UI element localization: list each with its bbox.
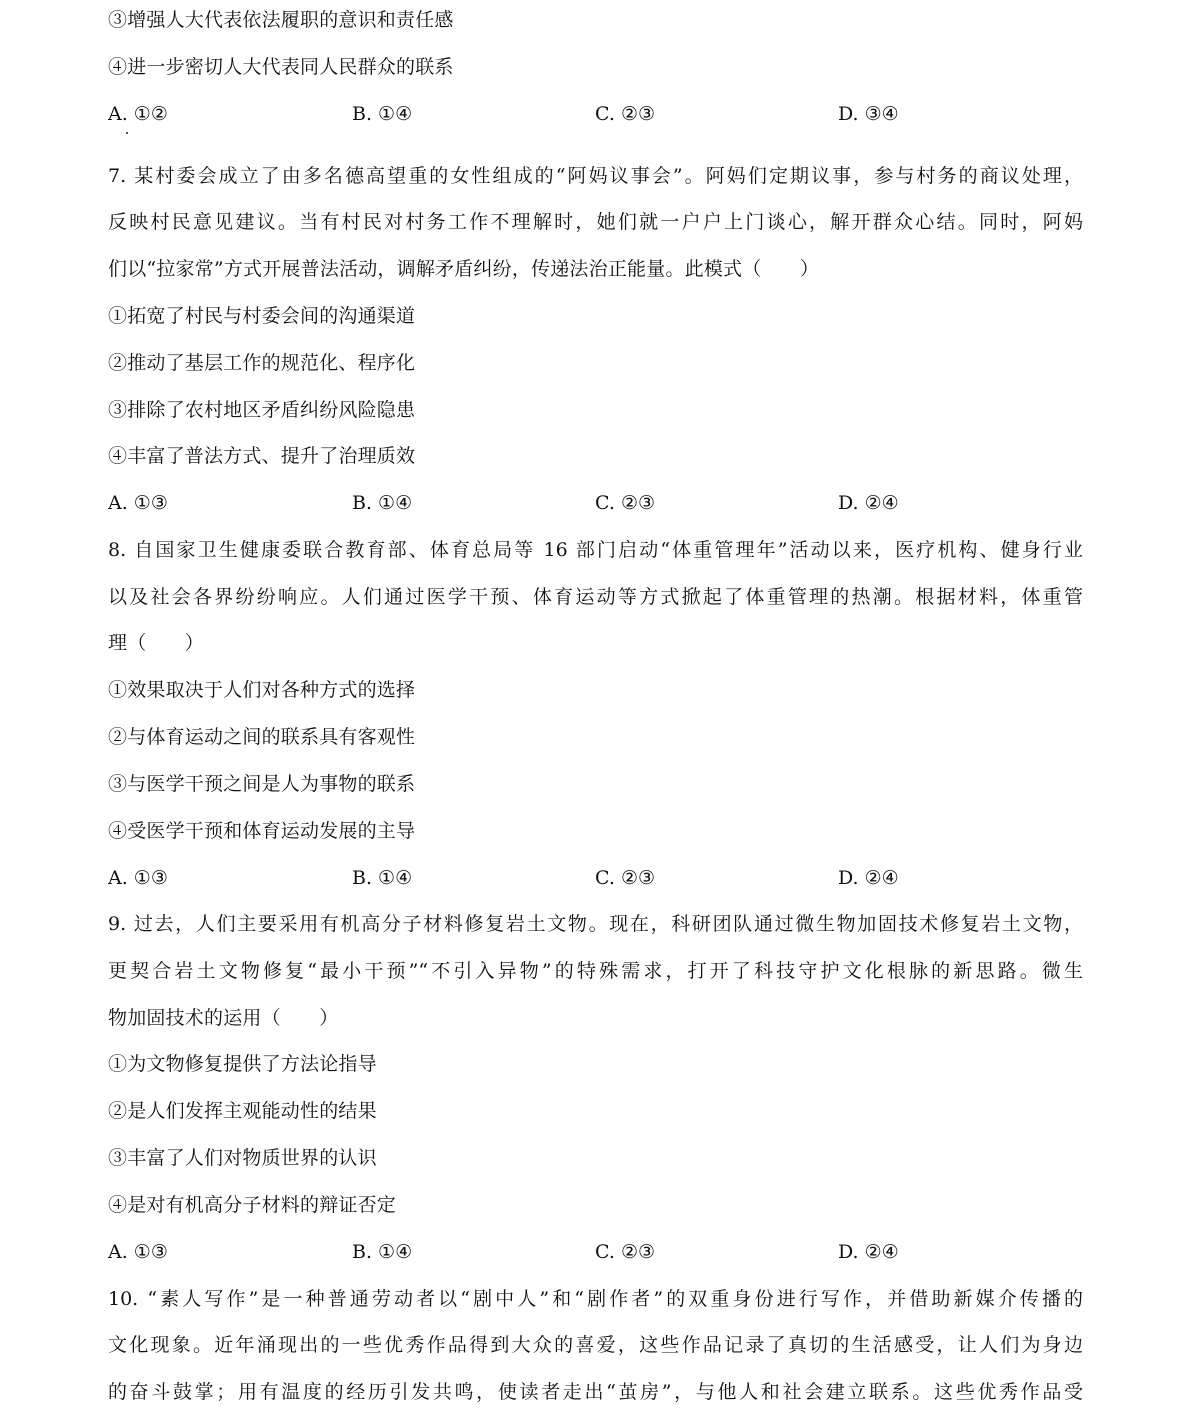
q9-option-c[interactable]: C. ②③	[595, 1240, 655, 1264]
q7-stem-line-1: 7. 某村委会成立了由多名德高望重的女性组成的“阿妈议事会”。阿妈们定期议事，参…	[108, 164, 1083, 188]
q6-option-c[interactable]: C. ②③	[595, 102, 655, 126]
stray-dot-mark	[126, 132, 128, 134]
q9-stem-line-1: 9. 过去，人们主要采用有机高分子材料修复岩土文物。现在，科研团队通过微生物加固…	[108, 912, 1083, 936]
q6-statement-3: ③增强人大代表依法履职的意识和责任感	[108, 8, 454, 32]
q6-option-a[interactable]: A. ①②	[108, 102, 168, 126]
q9-option-d[interactable]: D. ②④	[838, 1240, 899, 1264]
q7-option-c[interactable]: C. ②③	[595, 491, 655, 515]
q7-statement-2: ②推动了基层工作的规范化、程序化	[108, 351, 415, 375]
q7-stem-line-2: 反映村民意见建议。当有村民对村务工作不理解时，她们就一户户上门谈心，解开群众心结…	[108, 210, 1083, 234]
q9-option-a[interactable]: A. ①③	[108, 1240, 168, 1264]
q7-stem-line-3: 们以“拉家常”方式开展普法活动，调解矛盾纠纷，传递法治正能量。此模式（ ）	[108, 257, 819, 281]
q8-statement-1: ①效果取决于人们对各种方式的选择	[108, 678, 415, 702]
q7-statement-1: ①拓宽了村民与村委会间的沟通渠道	[108, 304, 415, 328]
q8-stem-line-3: 理（ ）	[108, 631, 204, 655]
q8-statement-2: ②与体育运动之间的联系具有客观性	[108, 725, 415, 749]
q8-stem-line-1: 8. 自国家卫生健康委联合教育部、体育总局等 16 部门启动“体重管理年”活动以…	[108, 538, 1083, 562]
q8-option-a[interactable]: A. ①③	[108, 866, 168, 890]
q10-stem-line-2: 文化现象。近年涌现出的一些优秀作品得到大众的喜爱，这些作品记录了真切的生活感受，…	[108, 1333, 1083, 1357]
q7-statement-3: ③排除了农村地区矛盾纠纷风险隐患	[108, 398, 415, 422]
exam-page: ③增强人大代表依法履职的意识和责任感 ④进一步密切人大代表同人民群众的联系 A.…	[0, 0, 1190, 1408]
q9-statement-2: ②是人们发挥主观能动性的结果	[108, 1099, 377, 1123]
q7-option-d[interactable]: D. ②④	[838, 491, 899, 515]
q8-option-b[interactable]: B. ①④	[352, 866, 412, 890]
q6-option-b[interactable]: B. ①④	[352, 102, 412, 126]
q9-statement-1: ①为文物修复提供了方法论指导	[108, 1052, 377, 1076]
q8-stem-line-2: 以及社会各界纷纷响应。人们通过医学干预、体育运动等方式掀起了体重管理的热潮。根据…	[108, 585, 1083, 609]
q8-statement-3: ③与医学干预之间是人为事物的联系	[108, 772, 415, 796]
q8-option-d[interactable]: D. ②④	[838, 866, 899, 890]
q6-option-d[interactable]: D. ③④	[838, 102, 899, 126]
q7-option-a[interactable]: A. ①③	[108, 491, 168, 515]
q8-option-c[interactable]: C. ②③	[595, 866, 655, 890]
q10-stem-line-3: 的奋斗鼓掌；用有温度的经历引发共鸣，使读者走出“茧房”，与他人和社会建立联系。这…	[108, 1380, 1083, 1404]
q9-stem-line-3: 物加固技术的运用（ ）	[108, 1006, 338, 1030]
q10-stem-line-1: 10. “素人写作”是一种普通劳动者以“剧中人”和“剧作者”的双重身份进行写作，…	[108, 1287, 1083, 1311]
q9-option-b[interactable]: B. ①④	[352, 1240, 412, 1264]
q9-stem-line-2: 更契合岩土文物修复“最小干预”“不引入异物”的特殊需求，打开了科技守护文化根脉的…	[108, 959, 1083, 983]
q8-statement-4: ④受医学干预和体育运动发展的主导	[108, 819, 415, 843]
q6-statement-4: ④进一步密切人大代表同人民群众的联系	[108, 55, 454, 79]
q7-statement-4: ④丰富了普法方式、提升了治理质效	[108, 444, 415, 468]
q9-statement-3: ③丰富了人们对物质世界的认识	[108, 1146, 377, 1170]
q9-statement-4: ④是对有机高分子材料的辩证否定	[108, 1193, 396, 1217]
q7-option-b[interactable]: B. ①④	[352, 491, 412, 515]
